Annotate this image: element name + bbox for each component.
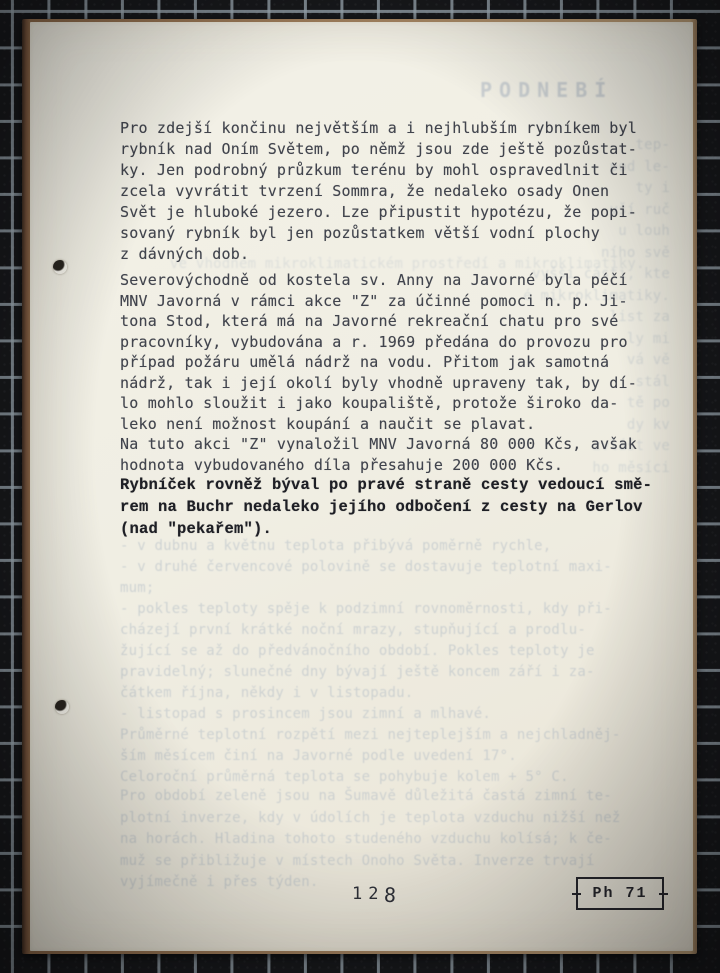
typewritten-paragraph-1: Pro zdejší končinu největším a i nejhlub… — [120, 118, 637, 265]
typewritten-paragraph-2: Severovýchodně od kostela sv. Anny na Ja… — [120, 270, 637, 475]
bleedthrough-chapter-title: PODNEBÍ — [480, 80, 613, 101]
page-stack-edge: PODNEBÍ tep- pod le- ty i vší ruč u louh… — [22, 19, 697, 954]
punch-hole-bottom — [55, 700, 69, 714]
archive-stamp-box: Ph 71 — [576, 877, 664, 910]
punch-hole-top — [53, 260, 67, 274]
archive-stamp-label: Ph 71 — [592, 885, 647, 902]
scan-photo-background: PODNEBÍ tep- pod le- ty i vší ruč u louh… — [0, 0, 720, 973]
page-number-last-digit: 8 — [384, 883, 397, 908]
scanned-document-page: PODNEBÍ tep- pod le- ty i vší ruč u louh… — [30, 22, 693, 951]
typewritten-paragraph-3-bold: Rybníček rovněž býval po pravé straně ce… — [120, 474, 652, 540]
bleedthrough-inversion-paragraph: Pro období zeleně jsou na Šumavě důležit… — [120, 786, 620, 894]
page-number-first-digits: 12 — [352, 884, 384, 904]
bleedthrough-climate-notes: - v dubnu a květnu teplota přibývá poměr… — [120, 536, 620, 788]
page-number: 128 — [352, 880, 397, 904]
